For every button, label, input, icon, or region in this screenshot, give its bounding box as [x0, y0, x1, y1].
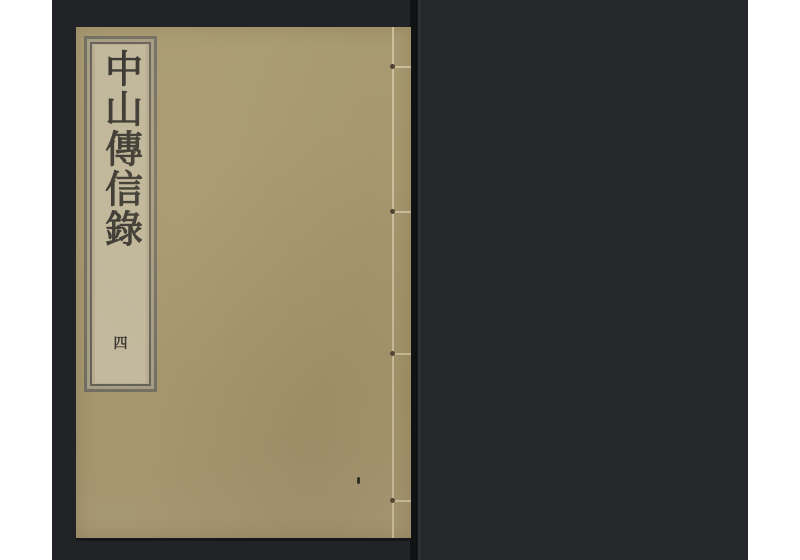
- stitch-hole: [390, 209, 395, 214]
- stitch-hole: [390, 351, 395, 356]
- cover-shadow: [76, 538, 411, 541]
- binding-thread: [392, 27, 394, 538]
- stitch-hole: [390, 498, 395, 503]
- right-scan-panel-blank: [421, 0, 748, 560]
- book-cover: 中山傳信錄 四: [76, 27, 411, 538]
- stitch-hole: [390, 64, 395, 69]
- title-slip: 中山傳信錄 四: [84, 36, 157, 392]
- book-title: 中山傳信錄: [95, 49, 146, 289]
- title-slip-inner: 中山傳信錄 四: [95, 45, 146, 383]
- paper-blemish: [357, 477, 360, 484]
- page-divider: [410, 0, 418, 560]
- volume-number: 四: [95, 333, 146, 353]
